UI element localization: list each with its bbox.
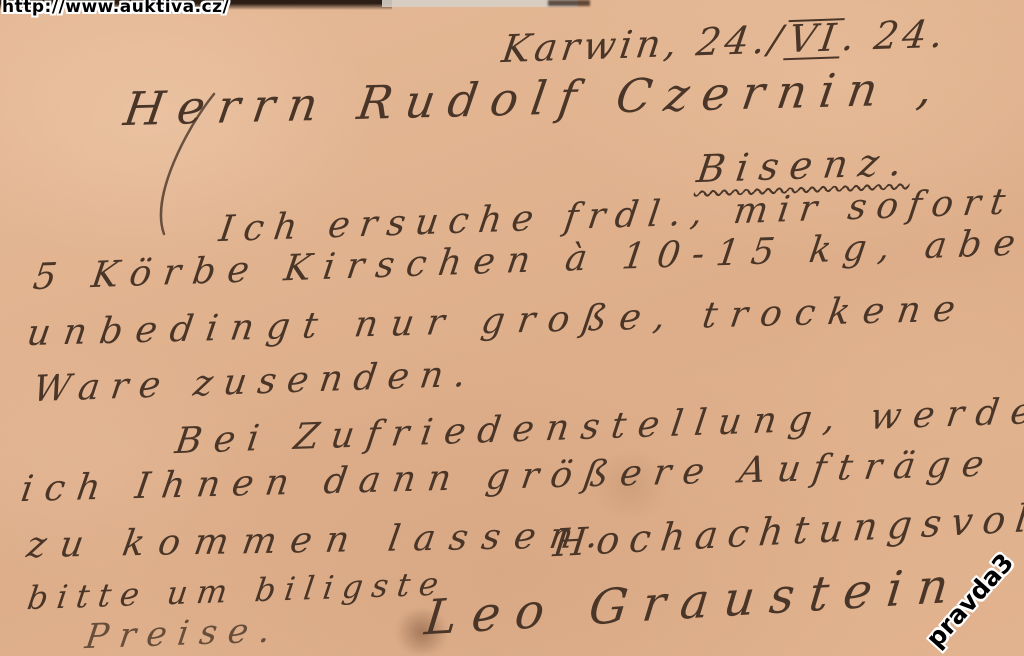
scan-edge-nub xyxy=(548,0,590,6)
place-line-underlined: Bisenz. xyxy=(695,142,916,188)
body-line-7: zu kommen lassen. xyxy=(24,518,615,564)
body-line-6: ich Ihnen dann größere Aufträge xyxy=(19,446,998,508)
date-suffix: . 24. xyxy=(839,11,950,59)
request-line-1: bitte um biligste xyxy=(25,567,449,614)
recipient-line: Herrn Rudolf Czernin , xyxy=(121,65,949,133)
request-line-2: Preise. xyxy=(83,613,283,654)
signature-line: Leo Graustein xyxy=(422,561,965,642)
auction-site-watermark: http://www.auktiva.cz/ xyxy=(2,0,229,17)
date-prefix: Karwin, 24./ xyxy=(499,17,789,71)
body-line-3: unbedingt nur große, trockene xyxy=(25,291,971,352)
postcard-scan: Karwin, 24./VI. 24. Herrn Rudolf Czernin… xyxy=(0,0,1024,656)
body-line-4: Ware zusenden. xyxy=(31,357,479,409)
date-month-roman-numeral: VI xyxy=(783,18,845,60)
